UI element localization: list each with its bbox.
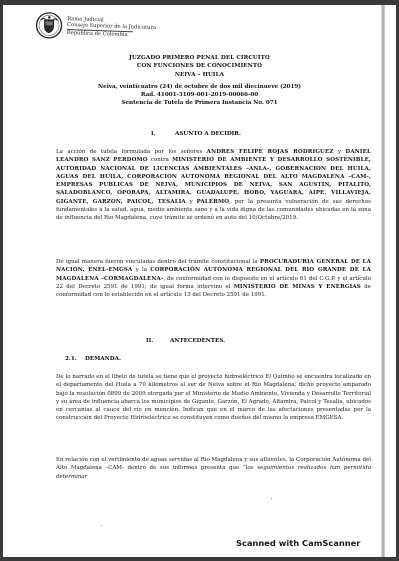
subsection-title: DEMANDA. bbox=[85, 356, 121, 362]
section-title: ASUNTO A DECIDIR. bbox=[175, 131, 241, 137]
camscanner-watermark: Scanned with CamScanner bbox=[236, 538, 360, 548]
sentencia-number: Sentencia de Tutela de Primera Instancia… bbox=[3, 99, 396, 107]
document-meta: Neiva, veinticuatro (24) de octubre de d… bbox=[3, 83, 396, 108]
letterhead-line-3: República de Colombia bbox=[67, 30, 156, 39]
document-date: Neiva, veinticuatro (24) de octubre de d… bbox=[3, 83, 396, 91]
section-number: II. bbox=[146, 338, 170, 344]
scanned-page: Rama Judicial Consejo Superior de la Jud… bbox=[3, 5, 396, 557]
subsection-number: 2.1. bbox=[65, 356, 85, 362]
defendants: MINISTERIO DE AMBIENTE Y DESARROLLO SOST… bbox=[56, 157, 371, 204]
paragraph-vertimiento: En relación con el vertimiento de aguas … bbox=[56, 456, 371, 481]
court-function: CON FUNCIONES DE CONOCIMIENTO bbox=[3, 62, 396, 70]
coat-of-arms-icon bbox=[35, 11, 64, 40]
plaintiffs: ANDRES FELIPE ROJAS RODRIGUEZ bbox=[207, 149, 334, 155]
letterhead-text: Rama Judicial Consejo Superior de la Jud… bbox=[67, 16, 157, 40]
court-location: NEIVA – HUILA bbox=[3, 71, 396, 79]
defendants: PALERMO bbox=[197, 199, 230, 205]
subsection-heading-demanda: 2.1.DEMANDA. bbox=[65, 356, 121, 362]
section-title: ANTECEDENTES. bbox=[170, 338, 225, 344]
scan-speck bbox=[271, 498, 272, 499]
letterhead: Rama Judicial Consejo Superior de la Jud… bbox=[35, 11, 157, 43]
paragraph-demanda: De lo narrado en el libelo de tutela se … bbox=[56, 373, 371, 423]
radicado-number: Rad. 41001-3109-001-2019-00066-00 bbox=[3, 91, 396, 99]
section-number: I. bbox=[151, 131, 175, 137]
section-heading-antecedentes: II.ANTECEDENTES. bbox=[146, 338, 225, 344]
paragraph-asunto: La acción de tutela formulada por los se… bbox=[56, 148, 371, 223]
court-header: JUZGADO PRIMERO PENAL DEL CIRCUITO CON F… bbox=[3, 54, 396, 79]
scan-speck bbox=[101, 525, 102, 526]
court-name: JUZGADO PRIMERO PENAL DEL CIRCUITO bbox=[3, 54, 396, 62]
linked-entities: MINISTERIO DE MINAS Y ENERGIAS bbox=[234, 284, 361, 290]
section-heading-asunto: I.ASUNTO A DECIDIR. bbox=[151, 131, 241, 137]
paragraph-vinculadas: De igual manera fueron vinculadas dentro… bbox=[56, 258, 371, 299]
